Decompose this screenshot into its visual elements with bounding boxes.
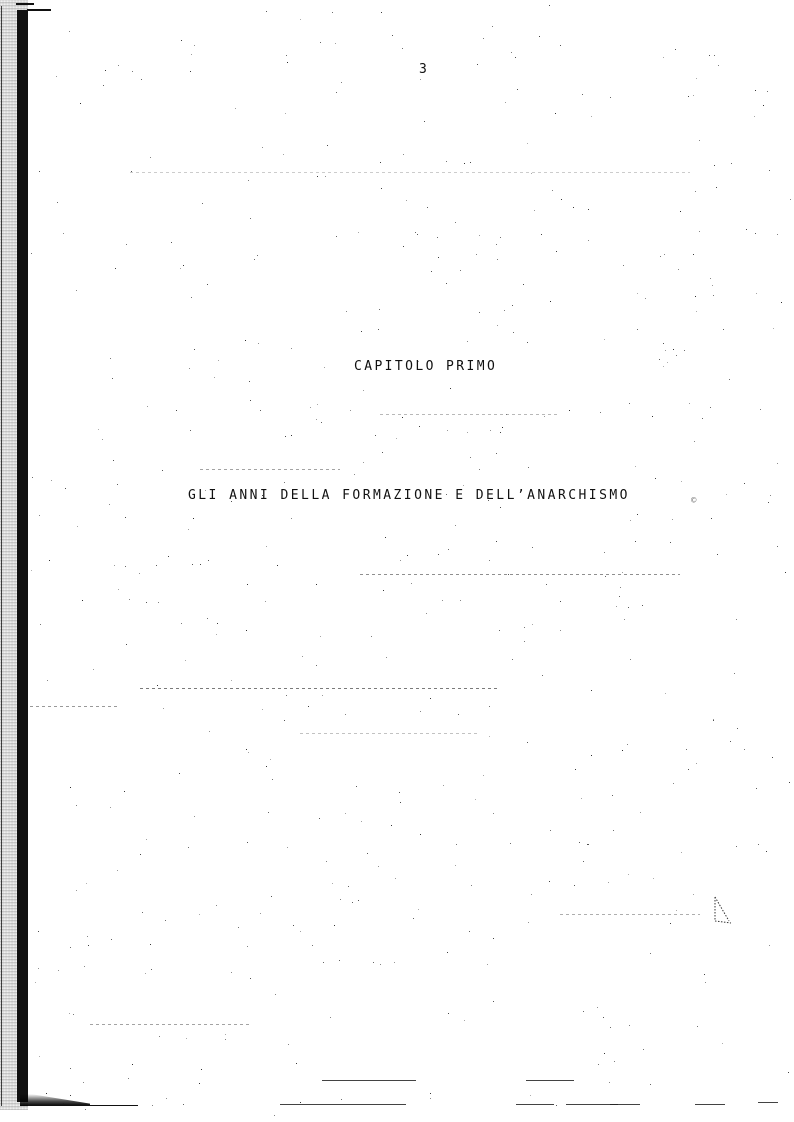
scan-speck (467, 341, 468, 342)
scan-speck (246, 630, 247, 631)
scan-speck (110, 807, 111, 808)
scan-speck (500, 507, 501, 508)
scan-speck (125, 566, 126, 567)
scan-speck (575, 769, 576, 770)
scan-speck (345, 813, 346, 814)
scan-speck (168, 556, 169, 557)
scan-speck (73, 1014, 74, 1015)
scan-speck (323, 962, 324, 963)
scan-speck (284, 720, 285, 721)
scan-speck (124, 791, 125, 792)
scan-artifact-line (140, 688, 500, 689)
scan-speck (755, 233, 756, 234)
scan-speck (324, 367, 325, 368)
scan-speck (139, 573, 140, 574)
scan-speck (113, 460, 114, 461)
scan-speck (63, 1103, 64, 1104)
scan-speck (402, 48, 403, 49)
scan-speck (532, 624, 533, 625)
scan-speck (114, 565, 115, 566)
scan-speck (737, 728, 738, 729)
scan-speck (442, 600, 443, 601)
scan-speck (583, 1011, 584, 1012)
scan-speck (418, 909, 419, 910)
scan-speck (622, 572, 623, 573)
scan-speck (76, 890, 77, 891)
scan-speck (430, 1093, 431, 1094)
scan-speck (180, 268, 181, 269)
scan-speck (650, 953, 651, 954)
scan-speck (379, 309, 380, 310)
scan-speck (736, 619, 737, 620)
scan-speck (769, 945, 770, 946)
scan-speck (146, 839, 147, 840)
chapter-title: GLI ANNI DELLA FORMAZIONE E DELL’ANARCHI… (188, 488, 630, 503)
scan-speck (777, 546, 778, 547)
binding-top-bar (16, 3, 34, 5)
scan-speck (711, 518, 712, 519)
scan-speck (523, 284, 524, 285)
scan-speck (438, 257, 439, 258)
scan-speck (760, 409, 761, 410)
scan-speck (591, 755, 592, 756)
scan-speck (391, 825, 392, 826)
scan-speck (455, 222, 456, 223)
scan-speck (47, 680, 48, 681)
scan-speck (51, 480, 52, 481)
scan-artifact-line (360, 574, 680, 575)
scan-speck (476, 254, 477, 255)
scan-speck (438, 554, 439, 555)
scan-speck (653, 878, 654, 879)
scan-speck (635, 466, 636, 467)
scan-speck (262, 709, 263, 710)
scan-speck (400, 802, 401, 803)
scan-speck (146, 602, 147, 603)
scan-speck (680, 211, 681, 212)
scan-speck (492, 26, 493, 27)
scan-speck (736, 846, 737, 847)
scan-speck (464, 1020, 465, 1021)
scan-speck (358, 232, 359, 233)
scan-speck (430, 698, 431, 699)
scan-speck (672, 519, 673, 520)
scan-speck (320, 636, 321, 637)
scan-speck (192, 564, 193, 565)
scan-speck (524, 627, 525, 628)
scan-speck (652, 416, 653, 417)
scan-speck (591, 116, 592, 117)
scan-speck (696, 311, 697, 312)
binding-shadow (0, 0, 60, 1122)
scan-speck (291, 348, 292, 349)
scan-speck (769, 170, 770, 171)
scan-speck (396, 438, 397, 439)
scan-speck (98, 429, 99, 430)
scan-artifact-line (322, 1080, 416, 1081)
scan-speck (549, 881, 550, 882)
scan-speck (704, 974, 705, 975)
scan-speck (527, 143, 528, 144)
scan-speck (260, 410, 261, 411)
scan-speck (383, 590, 384, 591)
scan-speck (76, 805, 77, 806)
scan-speck (332, 12, 333, 13)
scan-speck (479, 469, 480, 470)
scan-speck (420, 711, 421, 712)
scan-speck (356, 786, 357, 787)
scan-speck (117, 484, 118, 485)
scan-speck (205, 490, 206, 491)
scan-speck (419, 426, 420, 427)
scan-speck (446, 161, 447, 162)
scan-speck (70, 947, 71, 948)
scan-speck (300, 19, 301, 20)
scan-speck (510, 843, 511, 844)
scan-speck (183, 1104, 184, 1105)
scan-speck (790, 199, 791, 200)
scan-speck (179, 773, 180, 774)
scan-speck (777, 234, 778, 235)
scan-speck (193, 518, 194, 519)
scan-artifact-line (300, 733, 480, 734)
scan-speck (717, 554, 718, 555)
scan-speck (199, 914, 200, 915)
scan-speck (200, 564, 201, 565)
scan-artifact-line (758, 1102, 778, 1103)
scan-speck (238, 927, 239, 928)
scan-speck (346, 311, 347, 312)
scan-speck (756, 293, 757, 294)
scan-speck (415, 232, 416, 233)
scan-speck (569, 410, 570, 411)
scan-speck (479, 312, 480, 313)
scan-speck (609, 1082, 610, 1083)
scan-speck (300, 931, 301, 932)
scan-speck (659, 359, 660, 360)
scan-speck (284, 482, 285, 483)
scan-speck (208, 560, 209, 561)
scan-speck (613, 830, 614, 831)
scan-speck (550, 301, 551, 302)
scan-speck (395, 878, 396, 879)
scan-speck (218, 360, 219, 361)
scan-speck (693, 894, 694, 895)
scan-speck (642, 605, 643, 606)
scan-speck (582, 94, 583, 95)
scan-speck (512, 305, 513, 306)
scan-speck (527, 342, 528, 343)
scan-speck (385, 537, 386, 538)
scan-speck (610, 97, 611, 98)
scan-speck (532, 547, 533, 548)
scan-speck (588, 844, 589, 845)
scan-speck (772, 757, 773, 758)
scan-speck (467, 432, 468, 433)
scan-speck (188, 529, 189, 530)
scan-speck (392, 35, 393, 36)
scan-speck (183, 265, 184, 266)
scan-speck (272, 779, 273, 780)
scan-speck (684, 350, 685, 351)
scan-speck (731, 163, 732, 164)
scan-speck (588, 240, 589, 241)
scan-speck (254, 259, 255, 260)
scan-speck (497, 259, 498, 260)
scan-speck (84, 966, 85, 967)
scan-speck (140, 854, 141, 855)
scan-speck (664, 254, 665, 255)
scan-speck (231, 972, 232, 973)
scan-speck (70, 787, 71, 788)
scan-speck (588, 209, 589, 210)
scan-speck (483, 775, 484, 776)
scan-speck (325, 176, 326, 177)
scan-speck (446, 283, 447, 284)
scan-speck (322, 695, 323, 696)
scan-speck (209, 731, 210, 732)
scan-speck (158, 602, 159, 603)
scan-speck (527, 742, 528, 743)
scan-speck (266, 11, 267, 12)
scan-speck (407, 555, 408, 556)
scan-speck (623, 265, 624, 266)
scan-speck (413, 918, 414, 919)
scan-speck (663, 57, 664, 58)
scan-speck (477, 64, 478, 65)
scan-speck (77, 526, 78, 527)
scan-speck (188, 847, 189, 848)
scan-speck (117, 870, 118, 871)
scan-speck (489, 560, 490, 561)
scan-speck (463, 485, 464, 486)
scan-speck (352, 902, 353, 903)
scan-speck (667, 362, 668, 363)
scan-speck (583, 861, 584, 862)
scan-speck (488, 500, 489, 501)
scan-speck (754, 116, 755, 117)
scan-speck (332, 883, 333, 884)
scan-speck (105, 70, 106, 71)
scan-speck (493, 1001, 494, 1002)
scan-speck (112, 378, 113, 379)
scan-speck (603, 1017, 604, 1018)
scan-speck (334, 925, 335, 926)
scan-speck (696, 763, 697, 764)
scan-speck (542, 675, 543, 676)
scan-speck (528, 467, 529, 468)
scan-speck (470, 457, 471, 458)
scan-speck (539, 36, 540, 37)
scan-speck (635, 541, 636, 542)
scan-speck (420, 79, 421, 80)
scan-speck (508, 574, 509, 575)
scan-speck (437, 237, 438, 238)
scan-speck (250, 218, 251, 219)
scan-speck (371, 636, 372, 637)
scan-speck (506, 414, 507, 415)
scan-speck (699, 231, 700, 232)
scan-speck (151, 969, 152, 970)
scan-speck (194, 45, 195, 46)
scan-speck (709, 55, 710, 56)
scan-speck (524, 641, 525, 642)
scan-speck (150, 157, 151, 158)
scan-speck (430, 1098, 431, 1099)
scan-speck (450, 388, 451, 389)
scan-speck (620, 587, 621, 588)
scan-speck (150, 944, 151, 945)
scan-speck (70, 1068, 71, 1069)
binding-foot-line (28, 1105, 138, 1106)
scan-artifact-line (526, 1080, 574, 1081)
scan-speck (464, 163, 465, 164)
scan-speck (676, 355, 677, 356)
scan-speck (531, 173, 532, 174)
scan-speck (723, 329, 724, 330)
scan-speck (487, 964, 488, 965)
scan-speck (312, 945, 313, 946)
scan-speck (417, 234, 418, 235)
scan-speck (257, 255, 258, 256)
scan-speck (394, 962, 395, 963)
scan-speck (132, 1064, 133, 1065)
scan-speck (270, 759, 271, 760)
scan-speck (166, 1098, 167, 1099)
scan-speck (231, 501, 232, 502)
scan-speck (552, 190, 553, 191)
page-number: 3 (419, 62, 427, 77)
scan-speck (350, 410, 351, 411)
scan-speck (339, 960, 340, 961)
scan-speck (225, 1039, 226, 1040)
scan-speck (471, 885, 472, 886)
scan-speck (637, 514, 638, 515)
scan-speck (605, 576, 606, 577)
scan-speck (663, 366, 664, 367)
scan-speck (678, 269, 679, 270)
scan-speck (600, 412, 601, 413)
scan-speck (358, 900, 359, 901)
scan-speck (673, 783, 674, 784)
scan-speck (460, 600, 461, 601)
scan-speck (202, 203, 203, 204)
scan-speck (181, 623, 182, 624)
scan-speck (49, 560, 50, 561)
scan-speck (777, 463, 778, 464)
scan-speck (694, 441, 695, 442)
document-page: 3 CAPITOLO PRIMO GLI ANNI DELLA FORMAZIO… (0, 0, 794, 1122)
scan-speck (194, 349, 195, 350)
scan-speck (511, 52, 512, 53)
scan-speck (285, 113, 286, 114)
scan-speck (286, 695, 287, 696)
scan-speck (102, 439, 103, 440)
scan-speck (277, 565, 278, 566)
scan-speck (528, 922, 529, 923)
scan-speck (515, 57, 516, 58)
scan-speck (689, 403, 690, 404)
scan-speck (39, 171, 40, 172)
scan-speck (199, 1083, 200, 1084)
scan-speck (31, 570, 32, 571)
scan-speck (288, 1044, 289, 1045)
scan-speck (38, 968, 39, 969)
scan-speck (663, 343, 664, 344)
scan-speck (363, 462, 364, 463)
scan-speck (406, 200, 407, 201)
scan-speck (317, 176, 318, 177)
scan-speck (191, 297, 192, 298)
scan-speck (614, 1061, 615, 1062)
scan-speck (604, 1053, 605, 1054)
scan-speck (185, 660, 186, 661)
scan-speck (145, 973, 146, 974)
scan-speck (266, 766, 267, 767)
scan-speck (483, 38, 484, 39)
scan-speck (80, 103, 81, 104)
scan-speck (713, 720, 714, 721)
scan-speck (500, 432, 501, 433)
scan-speck (248, 180, 249, 181)
scan-speck (550, 830, 551, 831)
scan-speck (766, 851, 767, 852)
scan-speck (785, 572, 786, 573)
scan-speck (431, 271, 432, 272)
scan-speck (497, 325, 498, 326)
scan-speck (443, 785, 444, 786)
scan-speck (330, 1017, 331, 1018)
scan-speck (744, 749, 745, 750)
scan-speck (702, 418, 703, 419)
scan-speck (40, 624, 41, 625)
scan-speck (716, 187, 717, 188)
scan-speck (458, 714, 459, 715)
scan-speck (57, 202, 58, 203)
scan-speck (247, 842, 248, 843)
scan-speck (424, 121, 425, 122)
scan-speck (181, 40, 182, 41)
scan-speck (85, 1109, 86, 1110)
scan-speck (87, 936, 88, 937)
scan-speck (190, 71, 191, 72)
scan-speck (756, 788, 757, 789)
scan-speck (354, 474, 355, 475)
scan-speck (38, 931, 39, 932)
scan-speck (216, 905, 217, 906)
scan-speck (82, 600, 83, 601)
scan-speck (455, 525, 456, 526)
scan-speck (265, 601, 266, 602)
scan-speck (141, 79, 142, 80)
scan-speck (129, 599, 130, 600)
scan-speck (681, 481, 682, 482)
scan-speck (758, 844, 759, 845)
scan-artifact-line (90, 1024, 250, 1025)
scan-speck (403, 246, 404, 247)
scan-speck (604, 552, 605, 553)
scan-speck (549, 5, 550, 6)
scan-speck (456, 844, 457, 845)
binding-top-hook (27, 9, 51, 11)
scan-speck (340, 899, 341, 900)
scan-speck (628, 607, 629, 608)
scan-speck (496, 244, 497, 245)
scan-speck (744, 483, 745, 484)
scan-speck (781, 302, 782, 303)
scan-speck (163, 708, 164, 709)
scan-speck (207, 618, 208, 619)
